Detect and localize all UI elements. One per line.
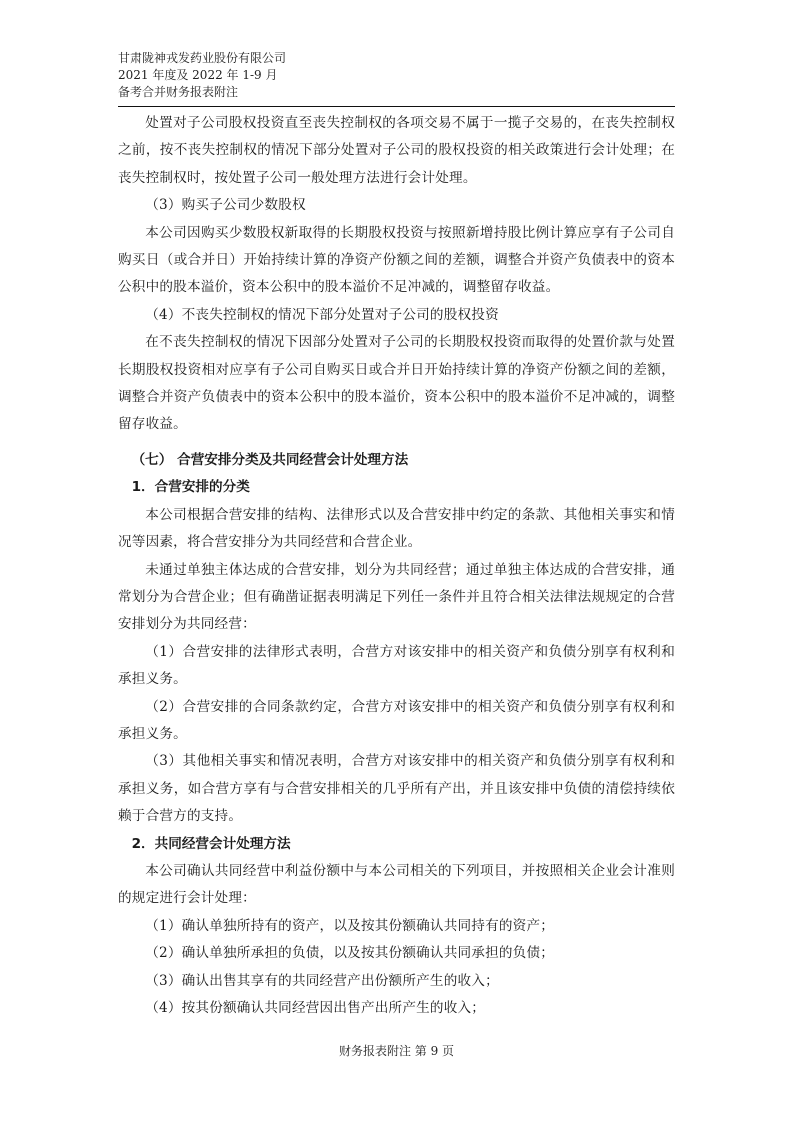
subheading: （3）购买子公司少数股权	[118, 192, 675, 219]
condition-item: （2）合营安排的合同条款约定，合营方对该安排中的相关资产和负债分别享有权利和承担…	[118, 694, 675, 749]
subheading: （4）不丧失控制权的情况下部分处置对子公司的股权投资	[118, 302, 675, 329]
condition-item: （1）合营安排的法律形式表明，合营方对该安排中的相关资产和负债分别享有权利和承担…	[118, 639, 675, 694]
page-footer: 财务报表附注 第 9 页	[0, 1042, 793, 1059]
section-heading: （七） 合营安排分类及共同经营会计处理方法	[118, 447, 675, 474]
report-period: 2021 年度及 2022 年 1-9 月	[118, 67, 675, 84]
paragraph: 在不丧失控制权的情况下因部分处置对子公司的长期股权投资而取得的处置价款与处置长期…	[118, 329, 675, 439]
list-item: （2）确认单独所承担的负债，以及按其份额确认共同承担的负债；	[118, 940, 675, 967]
paragraph: 处置对子公司股权投资直至丧失控制权的各项交易不属于一揽子交易的，在丧失控制权之前…	[118, 110, 675, 192]
subsection-heading: 1．合营安排的分类	[118, 474, 675, 501]
header-divider	[118, 106, 675, 107]
page-header: 甘肃陇神戎发药业股份有限公司 2021 年度及 2022 年 1-9 月 备考合…	[118, 50, 675, 101]
subsection-heading: 2．共同经营会计处理方法	[118, 831, 675, 858]
paragraph: 本公司根据合营安排的结构、法律形式以及合营安排中约定的条款、其他相关事实和情况等…	[118, 502, 675, 557]
list-item: （3）确认出售其享有的共同经营产出份额所产生的收入；	[118, 968, 675, 995]
condition-item: （3）其他相关事实和情况表明，合营方对该安排中的相关资产和负债分别享有权利和承担…	[118, 748, 675, 830]
company-name: 甘肃陇神戎发药业股份有限公司	[118, 50, 675, 67]
paragraph: 未通过单独主体达成的合营安排，划分为共同经营；通过单独主体达成的合营安排，通常划…	[118, 557, 675, 639]
paragraph: 本公司确认共同经营中利益份额中与本公司相关的下列项目，并按照相关企业会计准则的规…	[118, 858, 675, 913]
document-title: 备考合并财务报表附注	[118, 84, 675, 101]
document-body: 处置对子公司股权投资直至丧失控制权的各项交易不属于一揽子交易的，在丧失控制权之前…	[118, 110, 675, 1022]
list-item: （1）确认单独所持有的资产，以及按其份额确认共同持有的资产；	[118, 913, 675, 940]
paragraph: 本公司因购买少数股权新取得的长期股权投资与按照新增持股比例计算应享有子公司自购买…	[118, 220, 675, 302]
list-item: （4）按其份额确认共同经营因出售产出所产生的收入；	[118, 995, 675, 1022]
